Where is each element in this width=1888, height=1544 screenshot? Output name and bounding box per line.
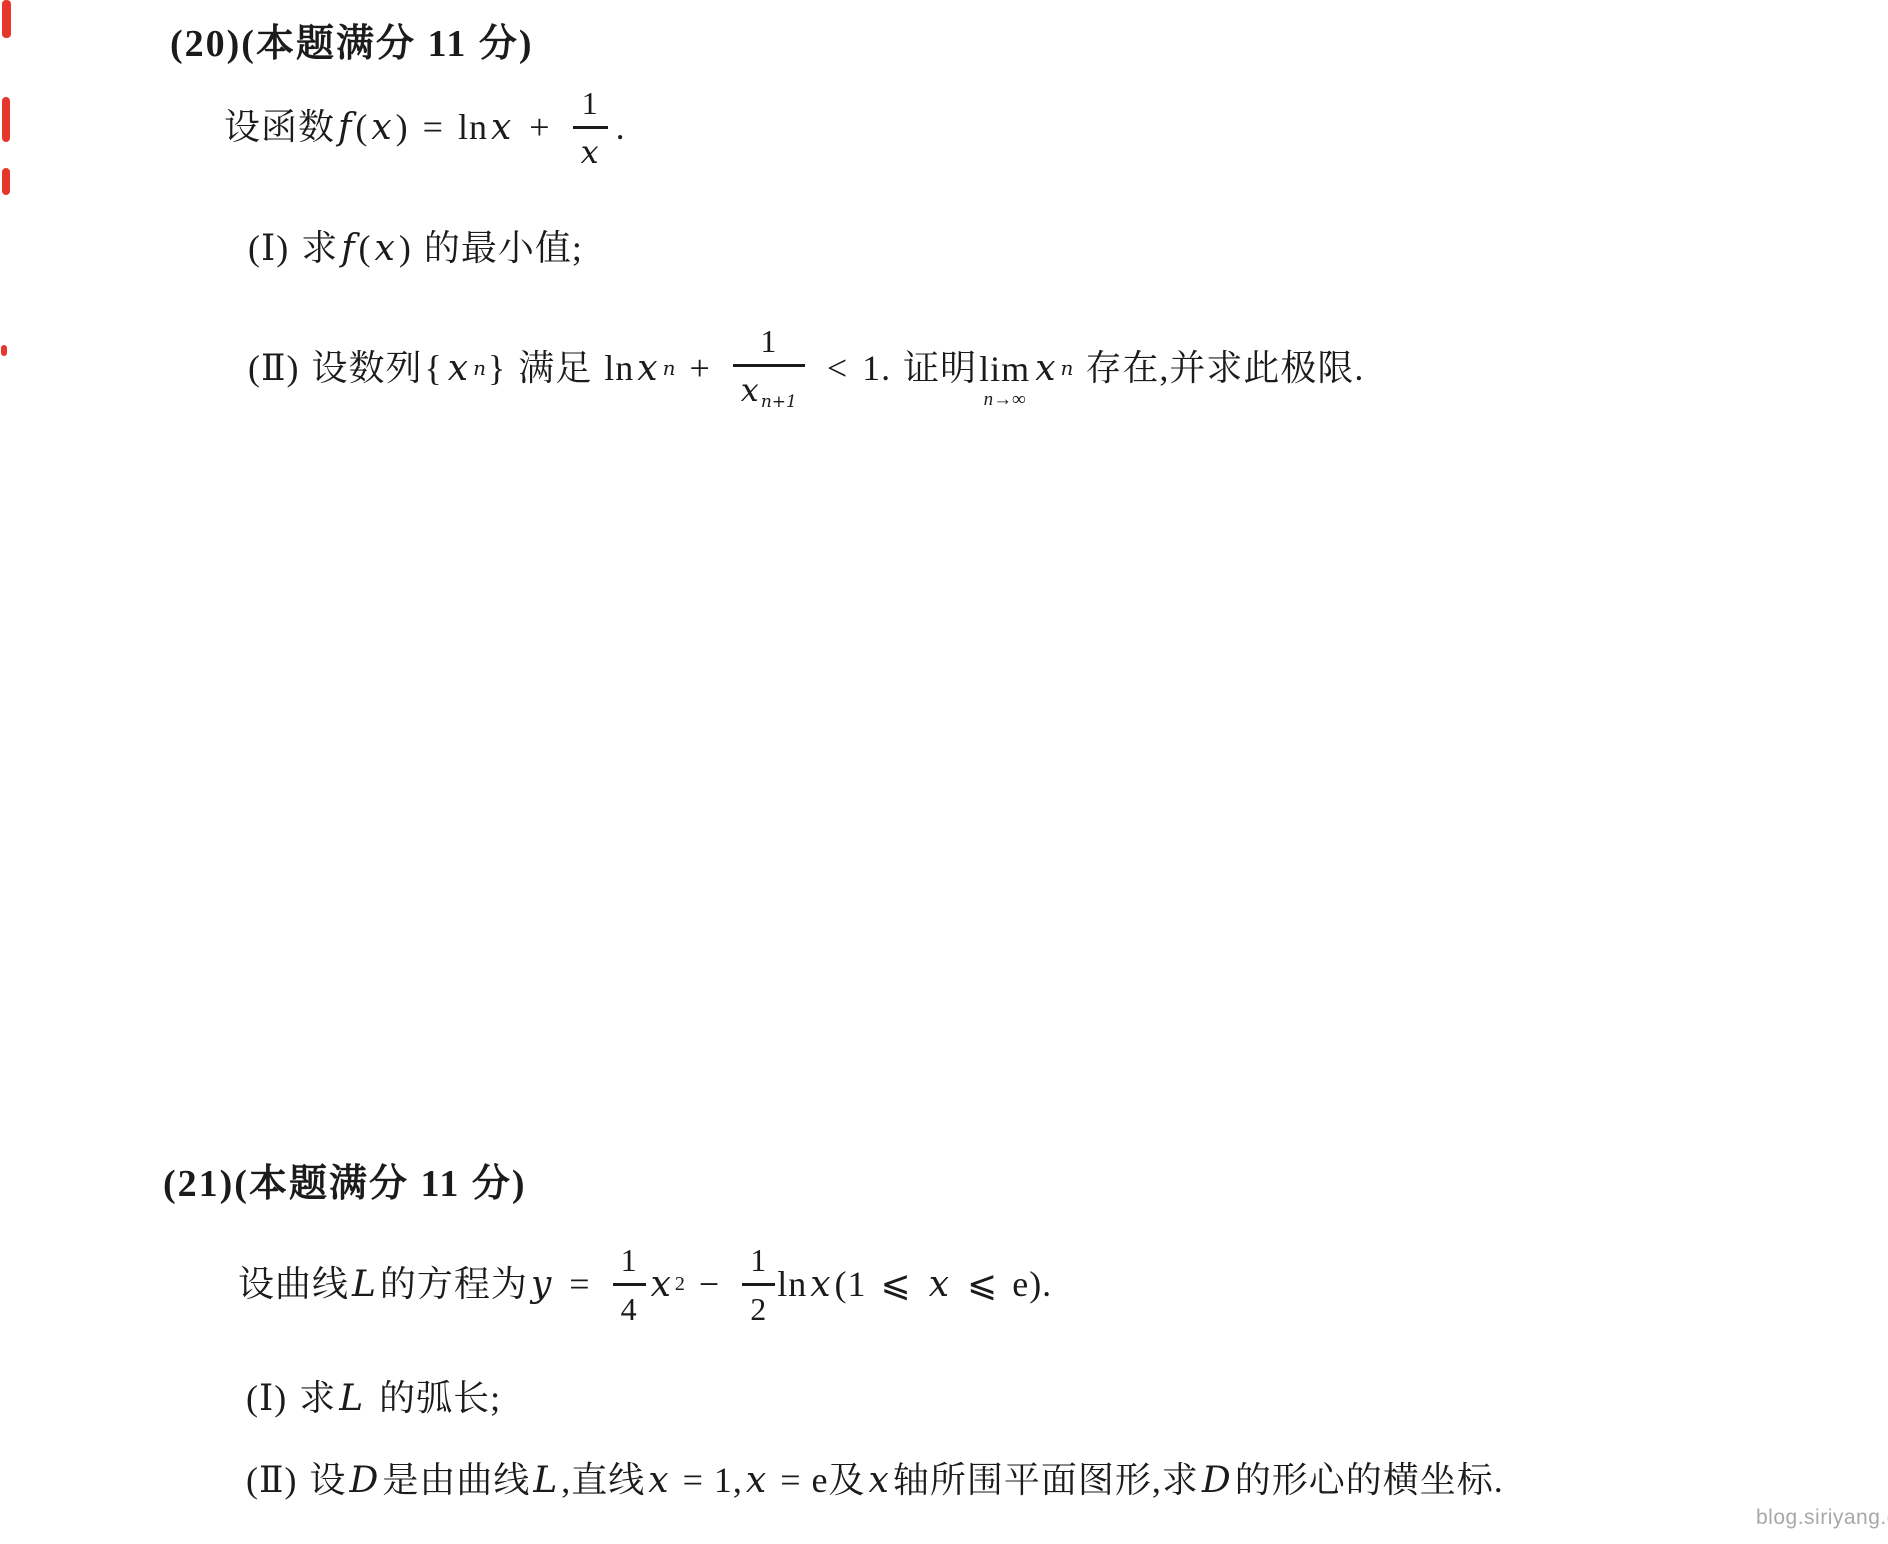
text-mid: 的方程为 — [380, 1262, 528, 1307]
math-e: e — [812, 1458, 829, 1503]
fraction-denominator: 2 — [742, 1283, 775, 1325]
part-label: (Ⅰ) — [248, 226, 289, 271]
math-var-x: x — [375, 226, 396, 271]
paren: ) — [399, 226, 412, 271]
plus-sign: + — [689, 346, 710, 391]
math-var-x: x — [869, 1458, 890, 1503]
paren: ( — [355, 105, 368, 150]
problem-20-header: (20)(本题满分 11 分) — [170, 12, 534, 67]
math-var-x: x — [1035, 346, 1056, 391]
minus-sign: − — [699, 1262, 720, 1307]
text-lead: 设数列 — [311, 346, 422, 391]
fraction-1-over-x: 1 x — [573, 87, 608, 168]
less-than-sign: < — [827, 346, 848, 391]
text-seg: ,直线 — [561, 1458, 645, 1503]
subscript-n: n — [473, 356, 486, 381]
problem-21-part1: (Ⅰ) 求 L 的弧长; — [246, 1376, 501, 1421]
paren-period: ). — [1029, 1262, 1052, 1307]
fraction-numerator: 1 — [752, 325, 785, 364]
fraction-denominator-x: x — [581, 133, 600, 171]
text-satisfy: 满足 — [518, 346, 592, 391]
math-var-x: x — [746, 1458, 767, 1503]
paren: ) — [396, 105, 409, 150]
math-var-x: x — [929, 1262, 950, 1307]
superscript-2: 2 — [675, 1272, 685, 1297]
right-brace: } — [488, 346, 506, 391]
plus-sign: + — [529, 105, 550, 150]
fraction-numerator: 1 — [574, 87, 607, 126]
leq-sign: ⩽ — [967, 1262, 998, 1307]
problem-20-part2: (Ⅱ) 设数列 {xn} 满足 lnxn + 1 xn+1 < 1. 证明 li… — [248, 318, 1364, 418]
problem-20-part1: (Ⅰ) 求 f(x) 的最小值; — [248, 226, 583, 271]
equals-sign: = — [423, 105, 444, 150]
scan-edge-mark — [1, 345, 7, 356]
math-var-D: D — [349, 1458, 379, 1503]
lim-symbol: lim — [979, 351, 1030, 387]
number-one: 1 — [848, 1262, 867, 1307]
subscript-n-plus-1: n+1 — [761, 392, 797, 412]
ln-symbol: ln — [458, 105, 488, 150]
equals-sign: = — [569, 1262, 590, 1307]
problem-21-intro-formula: 设曲线 L 的方程为 y = 1 4 x2 − 1 2 lnx(1 ⩽ x ⩽ … — [238, 1240, 1052, 1328]
text-tail: 存在,并求此极限. — [1085, 346, 1364, 391]
text-ask: 求 — [301, 226, 338, 271]
fraction-denominator: 4 — [613, 1283, 646, 1325]
math-var-x: x — [810, 1262, 831, 1307]
math-e: e — [1012, 1262, 1029, 1307]
paren: ( — [359, 226, 372, 271]
text-prove: 证明 — [903, 346, 977, 391]
fraction-denominator-x: x — [741, 371, 760, 409]
fraction-numerator: 1 — [613, 1244, 646, 1283]
math-var-f: f — [341, 226, 355, 271]
leq-sign: ⩽ — [881, 1262, 912, 1307]
fraction-1-over-2: 1 2 — [742, 1244, 775, 1325]
equals-sign: = — [683, 1458, 704, 1503]
math-var-x: x — [371, 105, 392, 150]
text-ask: 求 — [299, 1376, 336, 1421]
math-var-D: D — [1202, 1458, 1232, 1503]
math-var-x: x — [648, 1458, 669, 1503]
text-lead: 设 — [309, 1458, 346, 1503]
math-var-L: L — [339, 1376, 364, 1421]
math-var-L: L — [533, 1458, 558, 1503]
problem-20-intro-formula: 设函数 f(x) = lnx + 1 x . — [224, 84, 626, 170]
ln-symbol: ln — [777, 1262, 807, 1307]
text-tail: 的形心的横坐标. — [1235, 1458, 1504, 1503]
text-seg: 及 — [829, 1458, 866, 1503]
math-var-x: x — [651, 1262, 672, 1307]
text-lead: 设函数 — [224, 105, 335, 150]
math-var-L: L — [352, 1262, 377, 1307]
scan-edge-mark — [2, 168, 10, 195]
ln-symbol: ln — [604, 346, 634, 391]
fraction-1-over-4: 1 4 — [613, 1244, 646, 1325]
subscript-n: n — [1061, 356, 1074, 381]
subscript-n: n — [663, 356, 676, 381]
text-seg: 轴所围平面图形,求 — [893, 1458, 1199, 1503]
math-var-x: x — [448, 346, 469, 391]
math-var-x: x — [637, 346, 658, 391]
scan-edge-mark — [2, 0, 11, 38]
paren: ( — [835, 1262, 848, 1307]
part-label: (Ⅱ) — [246, 1458, 297, 1503]
left-brace: { — [424, 346, 442, 391]
part-label: (Ⅰ) — [246, 1376, 287, 1421]
equals-sign: = — [780, 1458, 801, 1503]
text-tail: 的最小值; — [424, 226, 583, 271]
text-lead: 设曲线 — [238, 1262, 349, 1307]
period: . — [616, 105, 626, 150]
limit-operator: lim n→∞ — [979, 351, 1030, 409]
fraction-numerator: 1 — [742, 1244, 775, 1283]
math-var-f: f — [338, 105, 352, 150]
lim-subscript: n→∞ — [984, 390, 1026, 409]
math-var-x: x — [491, 105, 512, 150]
number-one: 1, — [714, 1458, 743, 1503]
number-one: 1. — [862, 346, 891, 391]
problem-21-header: (21)(本题满分 11 分) — [163, 1152, 527, 1207]
fraction-1-over-xn1: 1 xn+1 — [733, 325, 805, 411]
problem-21-part2: (Ⅱ) 设 D 是由曲线 L,直线 x = 1,x = e 及 x 轴所围平面图… — [246, 1458, 1504, 1503]
scan-edge-mark — [2, 97, 10, 142]
scanned-exam-page: (20)(本题满分 11 分) 设函数 f(x) = lnx + 1 x . (… — [0, 0, 1888, 1544]
text-seg: 是由曲线 — [382, 1458, 530, 1503]
watermark-blog-url: blog.siriyang.cn — [1756, 1506, 1888, 1530]
math-var-y: y — [531, 1262, 552, 1307]
part-label: (Ⅱ) — [248, 346, 299, 391]
text-tail: 的弧长; — [379, 1376, 501, 1421]
